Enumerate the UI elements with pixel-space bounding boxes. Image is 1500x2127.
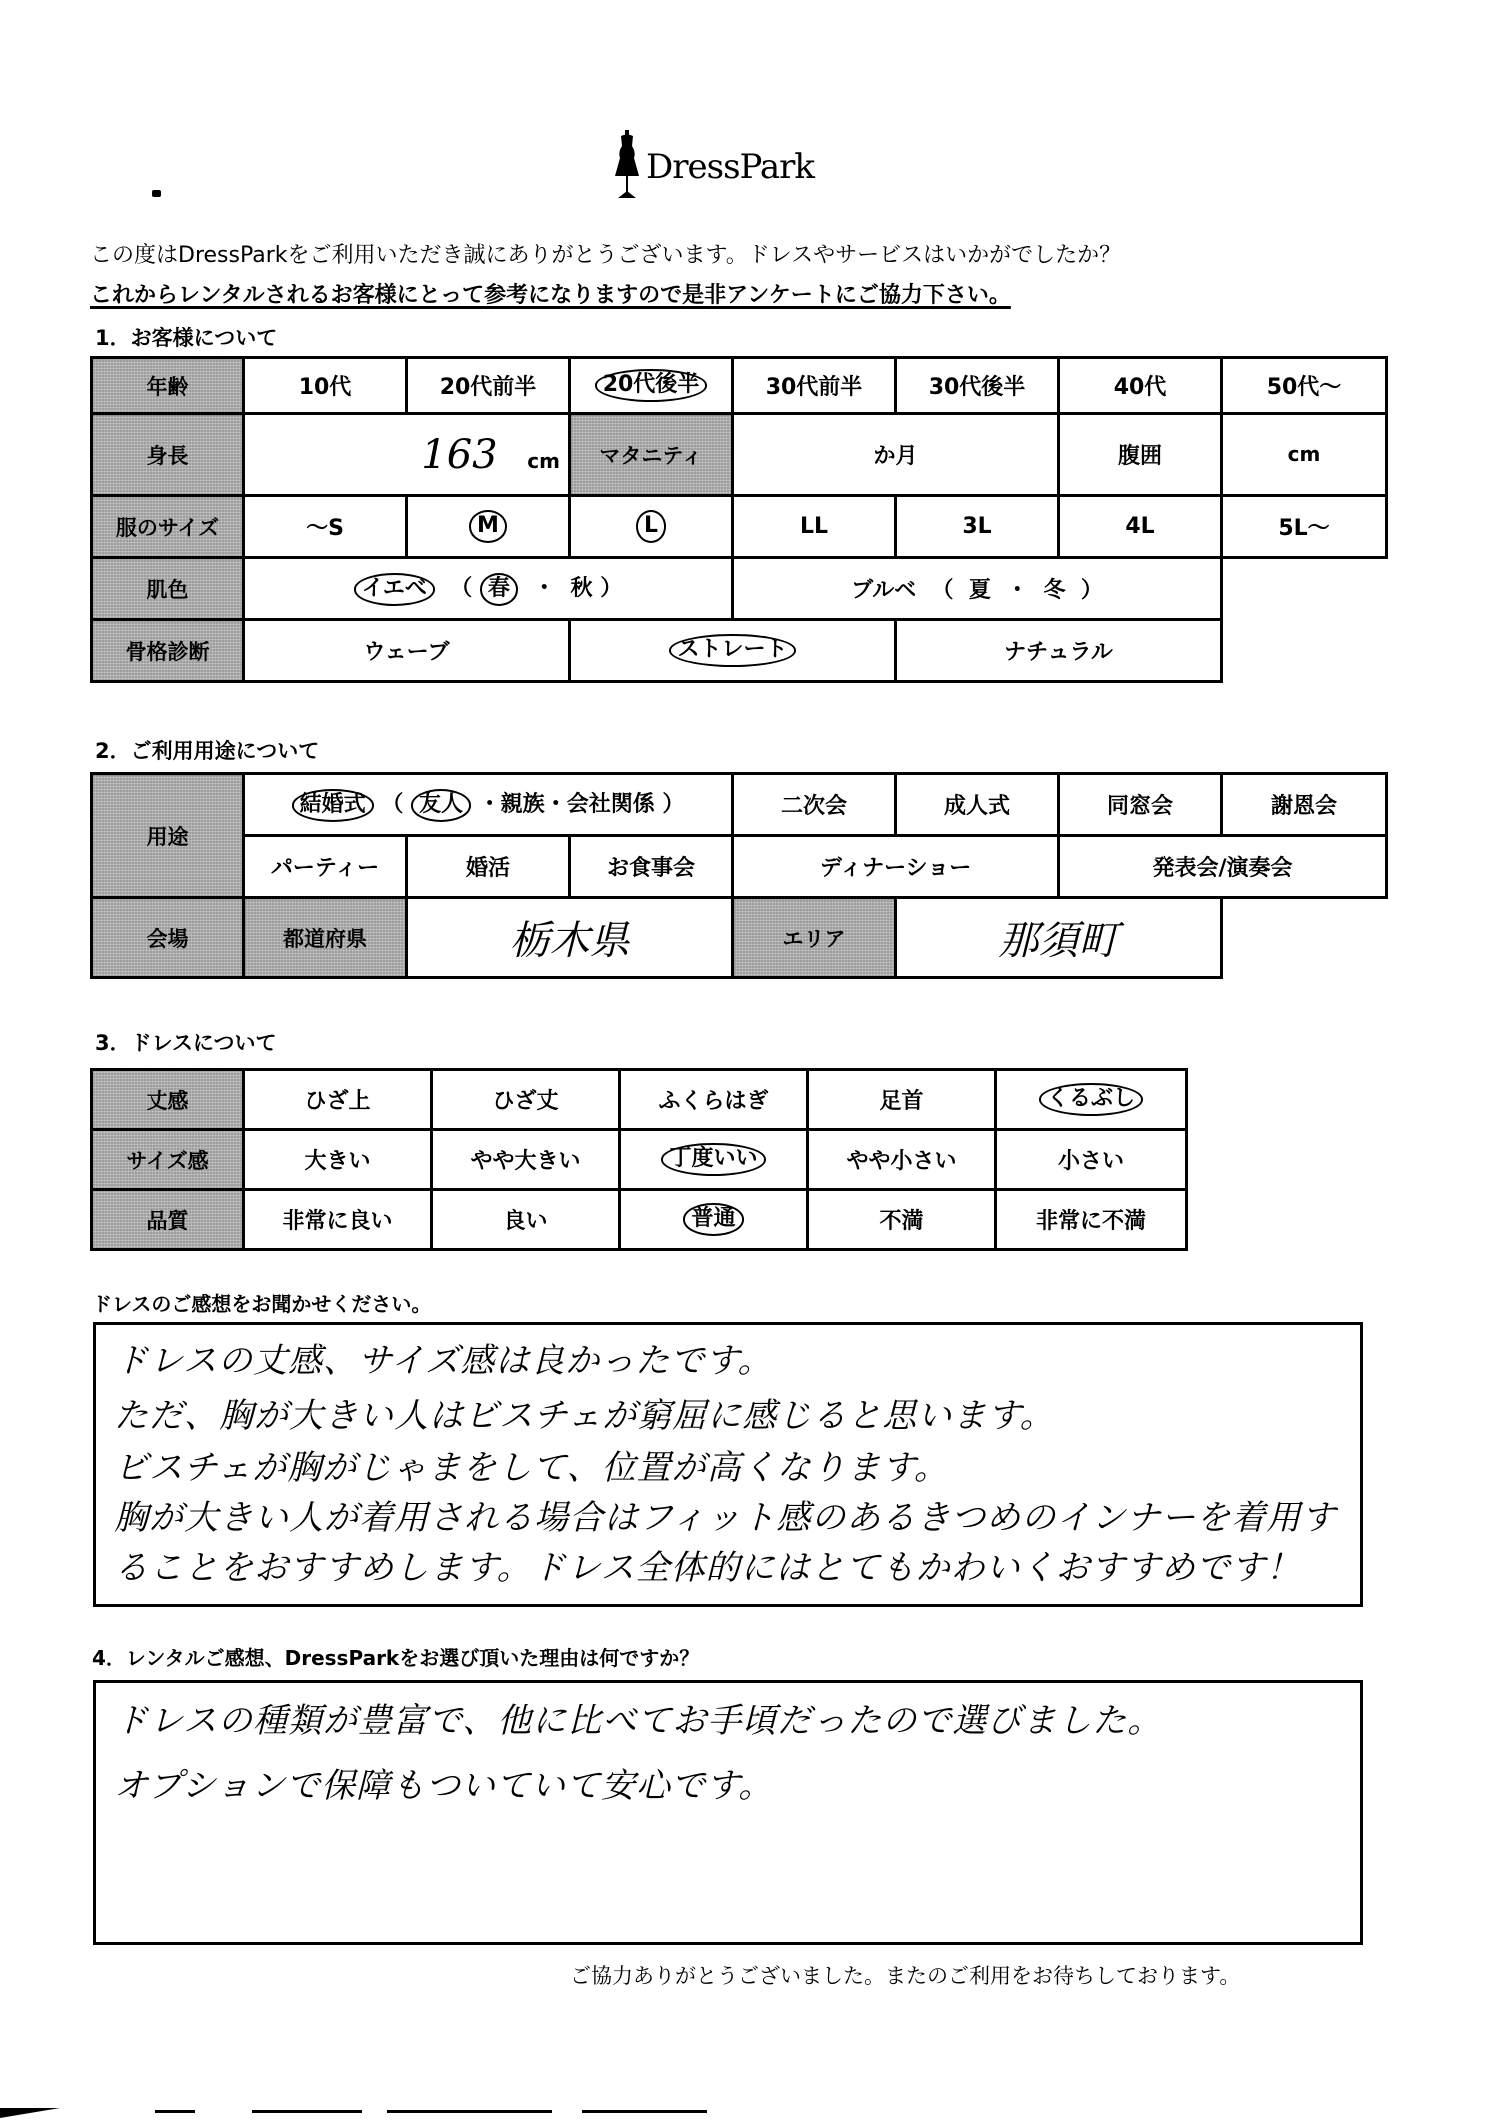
usage-option[interactable]: 婚活 [407,836,570,898]
age-option-selected[interactable]: 20代後半 [570,358,733,414]
scan-artifact [155,2110,195,2113]
size-label: 服のサイズ [92,496,244,558]
empty-cell [1222,558,1387,620]
body-type-option-selected[interactable]: ストレート [570,620,896,682]
height-unit: cm [527,449,560,473]
quality-label: 品質 [92,1190,244,1250]
height-value: 163 [421,432,497,478]
autumn-option: 秋 [571,576,593,601]
brand-logo: DressPark [612,128,814,200]
fit-option[interactable]: 小さい [996,1130,1187,1190]
age-option[interactable]: 30代後半 [896,358,1059,414]
waist-label: 腹囲 [1059,414,1222,496]
comment-line: ドレスの丈感、サイズ感は良かったです。 [114,1343,773,1380]
usage-option[interactable]: お食事会 [570,836,733,898]
wedding-selected: 結婚式 [292,789,374,821]
length-option[interactable]: ひざ丈 [432,1070,620,1130]
spring-selected: 春 [480,573,518,605]
prefecture-field[interactable]: 栃木県 [407,898,733,978]
section-1-title: 1．お客様について [95,322,277,352]
fit-option[interactable]: 大きい [244,1130,432,1190]
age-option[interactable]: 40代 [1059,358,1222,414]
dress-form-icon [612,128,642,200]
section-3-title: 3．ドレスについて [95,1027,277,1057]
length-row: 丈感 ひざ上 ひざ丈 ふくらはぎ 足首 くるぶし [92,1070,1187,1130]
venue-label: 会場 [92,898,244,978]
body-type-label: 骨格診断 [92,620,244,682]
scan-artifact [0,2108,60,2118]
usage-table: 用途 結婚式 （ 友人 ・親族・会社関係 ） 二次会 成人式 同窓会 謝恩会 パ… [90,772,1388,979]
empty-cell [1222,898,1387,978]
length-label: 丈感 [92,1070,244,1130]
comment-line: ただ、胸が大きい人はビスチェが窮屈に感じると思います。 [114,1398,1055,1435]
prefecture-value: 栃木県 [510,918,630,964]
scan-artifact [582,2110,707,2113]
intro-text: この度はDressParkをご利用いただき誠にありがとうございます。ドレスやサー… [90,238,1121,269]
comment-line: ることをおすすめします。ドレス全体的にはとてもかわいくおすすめです！ [114,1550,1301,1587]
comment-line: オプションで保障もついていて安心です。 [114,1768,773,1805]
quality-option-selected[interactable]: 普通 [620,1190,808,1250]
usage-row-2: パーティー 婚活 お食事会 ディナーショー 発表会/演奏会 [92,836,1387,898]
fit-option[interactable]: やや小さい [808,1130,996,1190]
usage-option[interactable]: 成人式 [896,774,1059,836]
comment-line: ドレスの種類が豊富で、他に比べてお手頃だったので選びました。 [114,1703,1162,1740]
skin-label: 肌色 [92,558,244,620]
waist-unit: cm [1288,442,1321,466]
fit-row: サイズ感 大きい やや大きい 丁度いい やや小さい 小さい [92,1130,1187,1190]
usage-option[interactable]: パーティー [244,836,407,898]
rental-comments-box[interactable]: ドレスの種類が豊富で、他に比べてお手頃だったので選びました。 オプションで保障も… [93,1680,1363,1945]
quality-option[interactable]: 良い [432,1190,620,1250]
yellow-base-selected: イエべ [354,573,435,605]
usage-row-1: 用途 結婚式 （ 友人 ・親族・会社関係 ） 二次会 成人式 同窓会 謝恩会 [92,774,1387,836]
body-type-row: 骨格診断 ウェーブ ストレート ナチュラル [92,620,1387,682]
quality-option[interactable]: 非常に良い [244,1190,432,1250]
usage-option[interactable]: 謝恩会 [1222,774,1387,836]
area-field[interactable]: 那須町 [896,898,1222,978]
fit-label: サイズ感 [92,1130,244,1190]
age-label: 年齢 [92,358,244,414]
blue-base-option[interactable]: ブルベ （ 夏 ・ 冬 ） [733,558,1222,620]
customer-info-table: 年齢 10代 20代前半 20代後半 30代前半 30代後半 40代 50代〜 … [90,356,1388,683]
size-option[interactable]: 5L〜 [1222,496,1387,558]
size-option-selected[interactable]: M [407,496,570,558]
size-option[interactable]: 3L [896,496,1059,558]
wedding-option[interactable]: 結婚式 （ 友人 ・親族・会社関係 ） [244,774,733,836]
section-2-title: 2．ご利用用途について [95,735,319,765]
usage-option[interactable]: 発表会/演奏会 [1059,836,1387,898]
usage-option[interactable]: ディナーショー [733,836,1059,898]
age-option[interactable]: 50代〜 [1222,358,1387,414]
quality-row: 品質 非常に良い 良い 普通 不満 非常に不満 [92,1190,1187,1250]
area-value: 那須町 [999,918,1119,964]
fit-option[interactable]: やや大きい [432,1130,620,1190]
waist-field[interactable]: cm [1222,414,1387,496]
scan-speck [152,190,161,197]
comment-line: ビスチェが胸がじゃまをして、位置が高くなります。 [114,1450,949,1487]
scan-artifact [252,2110,362,2113]
quality-option[interactable]: 非常に不満 [996,1190,1187,1250]
size-row: 服のサイズ 〜S M L LL 3L 4L 5L〜 [92,496,1387,558]
size-option-selected[interactable]: L [570,496,733,558]
comment-line: 胸が大きい人が着用される場合はフィット感のあるきつめのインナーを着用す [114,1500,1336,1537]
maternity-label: マタニティ [570,414,733,496]
length-option[interactable]: ひざ上 [244,1070,432,1130]
size-option[interactable]: LL [733,496,896,558]
body-type-option[interactable]: ウェーブ [244,620,570,682]
age-option[interactable]: 20代前半 [407,358,570,414]
body-type-option[interactable]: ナチュラル [896,620,1222,682]
brand-name: DressPark [646,147,814,187]
length-option[interactable]: ふくらはぎ [620,1070,808,1130]
area-label: エリア [733,898,896,978]
fit-option-selected[interactable]: 丁度いい [620,1130,808,1190]
height-field[interactable]: 163 cm [244,414,570,496]
venue-row: 会場 都道府県 栃木県 エリア 那須町 [92,898,1387,978]
size-option[interactable]: 〜S [244,496,407,558]
size-option[interactable]: 4L [1059,496,1222,558]
quality-option[interactable]: 不満 [808,1190,996,1250]
age-row: 年齢 10代 20代前半 20代後半 30代前半 30代後半 40代 50代〜 [92,358,1387,414]
dress-comments-box[interactable]: ドレスの丈感、サイズ感は良かったです。 ただ、胸が大きい人はビスチェが窮屈に感じ… [93,1322,1363,1607]
maternity-months-field[interactable]: か月 [733,414,1059,496]
length-option[interactable]: 足首 [808,1070,996,1130]
age-option[interactable]: 30代前半 [733,358,896,414]
scan-artifact [387,2110,552,2113]
skin-row: 肌色 イエべ （ 春 ・ 秋 ） ブルベ （ 夏 ・ 冬 ） [92,558,1387,620]
intro-request: これからレンタルされるお客様にとって参考になりますので是非アンケートにご協力下さ… [90,278,1011,309]
empty-cell [1222,620,1387,682]
dress-comments-title: ドレスのご感想をお聞かせください。 [92,1288,431,1317]
age-option[interactable]: 10代 [244,358,407,414]
section-4-title: 4．レンタルご感想、DressParkをお選び頂いた理由は何ですか？ [92,1642,699,1671]
usage-option[interactable]: 同窓会 [1059,774,1222,836]
thanks-message: ご協力ありがとうございました。またのご利用をお待ちしております。 [570,1960,1240,1990]
height-label: 身長 [92,414,244,496]
height-row: 身長 163 cm マタニティ か月 腹囲 cm [92,414,1387,496]
months-unit: か月 [873,444,917,469]
usage-label: 用途 [92,774,244,898]
prefecture-label: 都道府県 [244,898,407,978]
length-option-selected[interactable]: くるぶし [996,1070,1187,1130]
yellow-base-option[interactable]: イエべ （ 春 ・ 秋 ） [244,558,733,620]
dress-rating-table: 丈感 ひざ上 ひざ丈 ふくらはぎ 足首 くるぶし サイズ感 大きい やや大きい … [90,1068,1188,1251]
friend-selected: 友人 [411,789,471,821]
usage-option[interactable]: 二次会 [733,774,896,836]
